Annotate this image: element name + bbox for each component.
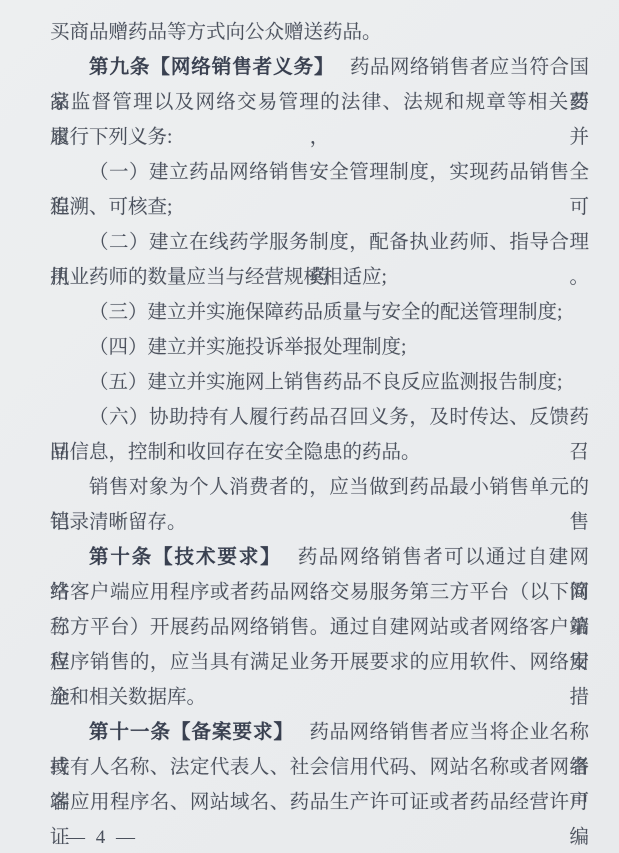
document-line: （六）协助持有人履行药品召回义务，及时传达、反馈药品召 — [50, 400, 589, 435]
line-text: 回信息，控制和收回存在安全隐患的药品。 — [50, 442, 421, 463]
document-page: 买商品赠药品等方式向公众赠送药品。第九条【网络销售者义务】药品网络销售者应当符合… — [0, 0, 619, 853]
document-line: 程序销售的，应当具有满足业务开展要求的应用软件、网络安全措 — [50, 645, 589, 680]
document-line: 品监督管理以及网络交易管理的法律、法规和规章等相关要求，并 — [50, 85, 589, 120]
document-line: 第十一条【备案要求】药品网络销售者应当将企业名称或者 — [50, 715, 589, 750]
line-text: （三）建立并实施保障药品质量与安全的配送管理制度; — [89, 302, 562, 323]
line-text: 记录清晰留存。 — [50, 512, 187, 533]
document-line: （三）建立并实施保障药品质量与安全的配送管理制度; — [50, 295, 589, 330]
line-text: 追溯、可核查; — [50, 197, 172, 218]
document-line: 持有人名称、法定代表人、社会信用代码、网站名称或者网络客户 — [50, 750, 589, 785]
article-heading: 第十条【技术要求】 — [89, 547, 282, 568]
document-line: （二）建立在线药学服务制度，配备执业药师、指导合理用药。 — [50, 225, 589, 260]
document-line: 络客户端应用程序或者药品网络交易服务第三方平台（以下简称第 — [50, 575, 589, 610]
document-line: 三方平台）开展药品网络销售。通过自建网站或者网络客户端应用 — [50, 610, 589, 645]
line-text: 履行下列义务: — [50, 127, 172, 148]
line-text: 执业药师的数量应当与经营规模相适应; — [50, 267, 387, 288]
document-line: 第十条【技术要求】药品网络销售者可以通过自建网站、网 — [50, 540, 589, 575]
document-line: （五）建立并实施网上销售药品不良反应监测报告制度; — [50, 365, 589, 400]
article-heading: 第九条【网络销售者义务】 — [89, 57, 335, 78]
line-text: 施和相关数据库。 — [50, 687, 206, 708]
line-text: （五）建立并实施网上销售药品不良反应监测报告制度; — [89, 372, 562, 393]
document-line: （一）建立药品网络销售安全管理制度，实现药品销售全程可 — [50, 155, 589, 190]
document-line: 端应用程序名、网站域名、药品生产许可证或者药品经营许可证编 — [50, 785, 589, 820]
line-text: 买商品赠药品等方式向公众赠送药品。 — [50, 22, 382, 43]
article-heading: 第十一条【备案要求】 — [89, 722, 294, 743]
document-line: 买商品赠药品等方式向公众赠送药品。 — [50, 15, 589, 50]
document-line: 销售对象为个人消费者的，应当做到药品最小销售单元的销售 — [50, 470, 589, 505]
document-line: 第九条【网络销售者义务】药品网络销售者应当符合国家药 — [50, 50, 589, 85]
line-text: （四）建立并实施投诉举报处理制度; — [89, 337, 406, 358]
document-line: （四）建立并实施投诉举报处理制度; — [50, 330, 589, 365]
document-body: 买商品赠药品等方式向公众赠送药品。第九条【网络销售者义务】药品网络销售者应当符合… — [50, 15, 589, 820]
